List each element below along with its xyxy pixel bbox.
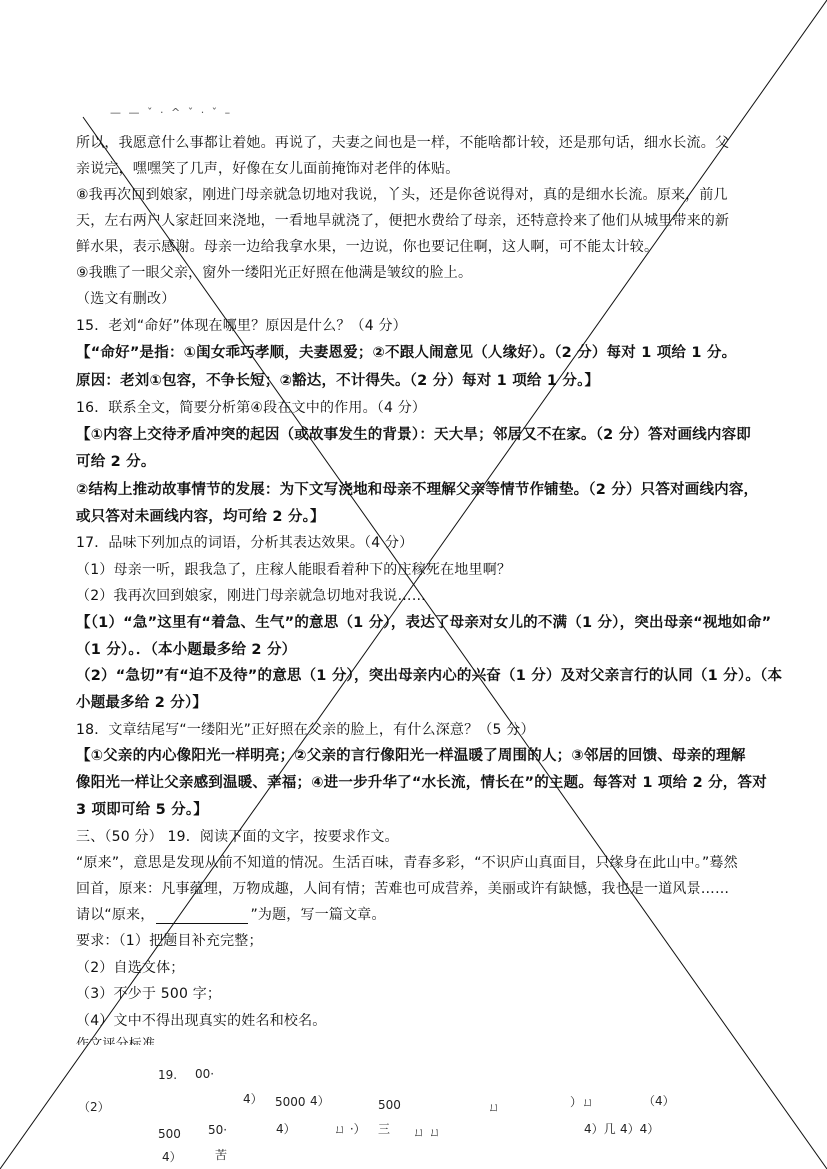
question-19-heading: 三、（50 分） 19．阅读下面的文字，按要求作文。: [76, 828, 399, 846]
answer-16-line: 或只答对未画线内容，均可给 2 分。】: [76, 508, 325, 526]
cut-off-scoring-heading: 作文评分标准: [76, 1036, 155, 1045]
essay-requirement: （2）自选文体；: [76, 959, 185, 977]
garbled-fragment: 三: [378, 1120, 390, 1137]
essay-title-prefix: 请以“原来，: [76, 907, 154, 923]
garbled-fragment: 4）几: [584, 1120, 616, 1137]
essay-requirement: （4）文中不得出现真实的姓名和校名。: [76, 1012, 327, 1030]
answer-17-line: （2）“急切”有“迫不及待”的意思（1 分），突出母亲内心的兴奋（1 分）及对父…: [76, 667, 782, 685]
answer-15-line: 原因：老刘①包容，不争长短；②豁达，不计得失。（2 分）每对 1 项给 1 分。…: [76, 372, 599, 390]
question-18: 18．文章结尾写“一缕阳光”正好照在父亲的脸上，有什么深意？（5 分）: [76, 721, 535, 739]
question-17: 17．品味下列加点的词语，分析其表达效果。（4 分）: [76, 534, 413, 552]
garbled-fragment: 00·: [195, 1067, 214, 1081]
answer-17-line: 【（1）“急”这里有“着急、生气”的意思（1 分），表达了母亲对女儿的不满（1 …: [76, 614, 771, 632]
passage-line: ⑨我瞧了一眼父亲，窗外一缕阳光正好照在他满是皱纹的脸上。: [76, 264, 472, 282]
essay-title-instruction: 请以“原来，”为题，写一篇文章。: [76, 906, 386, 924]
garbled-fragment: ㄩ ·）: [334, 1120, 366, 1137]
document-page: — — ˇ · ^ ˇ · ˇ – 所以，我愿意什么事都让着她。再说了，夫妻之间…: [0, 0, 827, 1169]
answer-16-line: ②结构上推动故事情节的发展：为下文写浇地和母亲不理解父亲等情节作铺垫。（2 分）…: [76, 481, 758, 499]
garbled-fragment: 4）: [243, 1090, 263, 1107]
answer-15-line: 【“命好”是指：①闺女乖巧孝顺，夫妻恩爱；②不跟人闹意见（人缘好）。（2 分）每…: [76, 344, 736, 362]
garbled-fragment: 50·: [208, 1123, 227, 1137]
garbled-fragment: 500: [158, 1127, 181, 1141]
answer-16-line: 可给 2 分。: [76, 453, 156, 471]
answer-18-line: 3 项即可给 5 分。】: [76, 801, 208, 819]
passage-line: ⑧我再次回到娘家，刚进门母亲就急切地对我说，丫头，还是你爸说得对，真的是细水长流…: [76, 186, 728, 204]
garbled-fragment: 4）: [276, 1120, 296, 1137]
answer-18-line: 像阳光一样让父亲感到温暖、幸福；④进一步升华了“水长流，情长在”的主题。每答对 …: [76, 774, 767, 792]
essay-requirement: 要求：（1）把题目补充完整；: [76, 932, 263, 950]
answer-16-line: 【①内容上交待矛盾冲突的起因（或故事发生的背景）：天大旱；邻居又不在家。（2 分…: [76, 426, 751, 444]
garbled-fragment: 4）: [310, 1092, 330, 1109]
passage-line: 鲜水果，表示感谢。母亲一边给我拿水果，一边说，你也要记住啊，这人啊，可不能太计较…: [76, 238, 658, 256]
passage-line: 天，左右两户人家赶回来浇地，一看地旱就浇了，便把水费给了母亲，还特意拎来了他们从…: [76, 212, 729, 230]
garbled-fragment: ）ㄩ: [570, 1093, 594, 1110]
garbled-fragment: ㄩ: [488, 1098, 500, 1115]
garbled-fragment: 500: [378, 1098, 401, 1112]
garbled-fragment: （2）: [78, 1098, 110, 1115]
answer-17-line: （1 分）。．（本小题最多给 2 分）: [76, 641, 296, 659]
essay-prompt-line: “原来”，意思是发现从前不知道的情况。生活百味，青春多彩，“不识庐山真面目，只缘…: [76, 854, 738, 872]
answer-17-line: 小题最多给 2 分）】: [76, 694, 207, 712]
question-17-item: （2）我再次回到娘家，刚进门母亲就急切地对我说……: [76, 587, 426, 605]
garbled-fragment: ㄩ ㄩ: [413, 1123, 441, 1140]
question-17-item: （1）母亲一听，跟我急了，庄稼人能眼看着种下的庄稼死在地里啊？: [76, 561, 511, 579]
garbled-fragment: 5000: [275, 1095, 306, 1109]
passage-line: 亲说完，嘿嘿笑了几声，好像在女儿面前掩饰对老伴的体贴。: [76, 160, 459, 178]
passage-source-note: （选文有删改）: [76, 290, 175, 308]
garbled-fragment: 4）: [162, 1148, 182, 1165]
title-blank: [156, 909, 248, 924]
question-16: 16．联系全文，简要分析第④段在文中的作用。（4 分）: [76, 399, 426, 417]
garbled-fragment: 4）4）: [620, 1120, 659, 1137]
cut-off-top-fragment: — — ˇ · ^ ˇ · ˇ –: [110, 106, 232, 119]
answer-18-line: 【①父亲的内心像阳光一样明亮；②父亲的言行像阳光一样温暖了周围的人；③邻居的回馈…: [76, 747, 746, 765]
garbled-fragment: 19.: [158, 1068, 177, 1082]
garbled-fragment: （4）: [643, 1092, 675, 1109]
essay-requirement: （3）不少于 500 字；: [76, 985, 221, 1003]
garbled-fragment: 苦: [215, 1146, 227, 1163]
question-15: 15．老刘“命好”体现在哪里？原因是什么？（4 分）: [76, 317, 407, 335]
passage-line: 所以，我愿意什么事都让着她。再说了，夫妻之间也是一样，不能啥都计较，还是那句话，…: [76, 134, 729, 152]
essay-title-suffix: ”为题，写一篇文章。: [250, 907, 385, 923]
essay-prompt-line: 回首，原来：凡事蕴理，万物成趣，人间有情；苦难也可成营养，美丽或许有缺憾，我也是…: [76, 880, 729, 898]
